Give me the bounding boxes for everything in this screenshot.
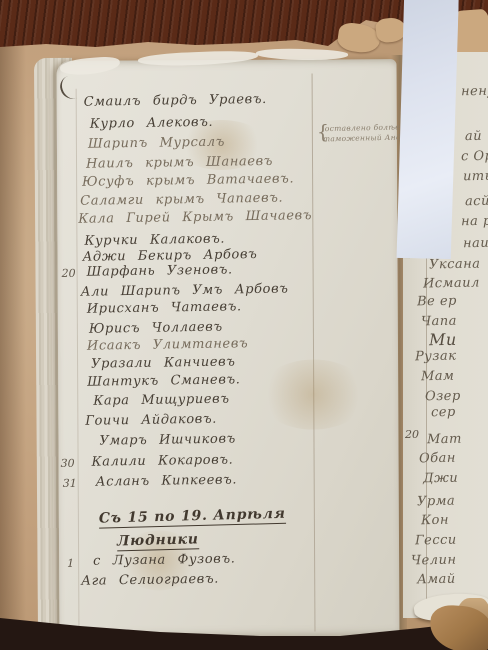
facing-page-fragment: с Ор	[461, 149, 488, 165]
facing-page-fragment: Амай	[417, 572, 456, 588]
cardboard-edge-shade	[0, 28, 26, 646]
paper-strip-bookmark	[396, 0, 459, 259]
handwritten-entry: Шантукъ Сманевъ.	[87, 373, 240, 389]
facing-page-fragment: нену	[461, 84, 488, 100]
handwritten-entry: Кала Гирей Крымъ Шачаевъ	[78, 209, 312, 227]
handwritten-entry: Ирисханъ Чатаевъ.	[87, 300, 242, 316]
opening-flourish	[57, 75, 77, 102]
archival-photo: 20 нену ай с Ор ить асй на р наи Уксана …	[0, 0, 488, 650]
facing-page-fragment: Ве ер	[417, 294, 457, 310]
facing-page-fragment: Озер	[425, 389, 461, 405]
footer-entry: Ага Селиограевъ.	[81, 573, 219, 589]
facing-page-fragment: Мат	[427, 432, 462, 448]
facing-page-fragment: ить	[463, 169, 488, 185]
handwritten-entry: Асланъ Кипкеевъ.	[96, 473, 238, 489]
margin-rule	[76, 89, 80, 633]
margin-number-30: 30	[61, 457, 75, 470]
handwritten-entry: Умаръ Ишчиковъ	[99, 433, 236, 449]
facing-page-fragment: сер	[431, 405, 456, 420]
handwritten-entry: Шарипъ Мурсалъ	[88, 136, 225, 152]
footer-number: 1	[67, 557, 74, 570]
handwritten-entry: Наилъ крымъ Шанаевъ	[86, 155, 273, 172]
facing-page-fragment: на р	[461, 214, 488, 230]
facing-page-fragment: Чапа	[421, 314, 457, 330]
manuscript-page: Смаилъ бирдъ Ураевъ. Курло Алековъ. Шари…	[56, 59, 399, 639]
facing-page-fragment: Челин	[411, 553, 457, 569]
handwritten-entry: Уразали Канчиевъ	[91, 355, 236, 371]
facing-page-fragment: Кон	[421, 513, 449, 528]
facing-page-fragment: Ми	[429, 330, 457, 349]
section-heading-line2: Людники	[117, 531, 199, 551]
handwritten-entry: Гоичи Айдаковъ.	[85, 413, 217, 429]
section-heading-line1: Съ 15 по 19. Апрѣля	[99, 506, 286, 529]
side-note-line: оставлено болѣе	[325, 122, 400, 133]
facing-page-fragment: Исмаил	[423, 276, 480, 292]
column-rule	[312, 74, 316, 632]
handwritten-entry: Исаакъ Улимтаневъ	[87, 337, 248, 354]
facing-page-fragment: Урма	[417, 494, 456, 510]
handwritten-entry: Юсуфъ крымъ Ватачаевъ.	[82, 172, 294, 189]
margin-number-31: 31	[63, 477, 77, 490]
facing-page-fragment: Мам	[421, 369, 455, 385]
facing-page-fragment: Джи	[423, 471, 458, 487]
facing-page-fragment: наи	[463, 236, 488, 251]
footer-entry: с Лузана Фузовъ.	[93, 552, 236, 568]
handwritten-entry: Юрисъ Чоллаевъ	[89, 321, 223, 337]
facing-page-fragment: асй	[465, 194, 488, 209]
facing-page-fragment: Уксана	[429, 257, 481, 273]
facing-page-fragment: Гесси	[415, 533, 457, 549]
margin-number-20: 20	[62, 267, 76, 280]
handwritten-entry: Смаилъ бирдъ Ураевъ.	[84, 93, 267, 110]
facing-page-fragment: Обан	[419, 451, 456, 467]
handwritten-entry: Али Шарипъ Умъ Арбовъ	[81, 283, 289, 300]
facing-page-fragment: ай	[465, 129, 482, 144]
handwritten-entry: Калили Кокаровъ.	[91, 453, 233, 469]
handwritten-entry: Кара Мищуриевъ	[93, 393, 229, 409]
handwritten-entry: Шарфань Узеновъ.	[86, 263, 232, 279]
handwritten-entry: Саламги крымъ Чапаевъ.	[80, 192, 283, 209]
facing-margin-number: 20	[405, 428, 419, 441]
handwritten-entry: Курчки Калаковъ.	[84, 233, 225, 249]
handwritten-entry: Курло Алековъ.	[90, 116, 214, 132]
facing-page-fragment: Рузак	[415, 349, 457, 365]
